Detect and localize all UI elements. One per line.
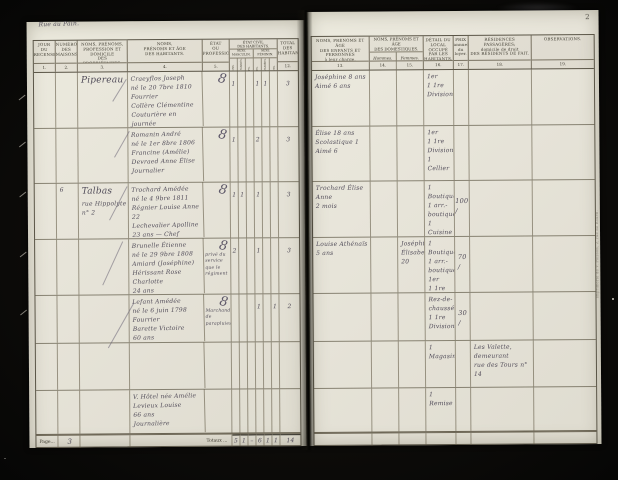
page-value: 3 [61, 436, 72, 448]
cell-numero [56, 73, 78, 128]
cell-veufs [248, 389, 256, 432]
cell-detail-local: 1er 1 1re Division [424, 70, 454, 125]
table-row: V. Hôtel née Amélie Levieux Louise 66 an… [36, 389, 300, 435]
paraph-flourish: 8 [217, 128, 228, 142]
cell-detail-local: 1 Remise [426, 388, 456, 431]
cell-profession: 8 Marchand de parapluies [204, 295, 231, 342]
cell-profession: 8 privé du service que le régiment [204, 239, 231, 294]
header-sexe-masculin: SEXE MASCULIN. [230, 50, 254, 57]
header-profession: ÉTAT OU PROFESSION. 5. [203, 40, 230, 71]
header-numero-maisons: NUMÉRO DES MAISONS. 2. [56, 41, 78, 72]
cell-domestiques-femmes [399, 341, 426, 387]
header-sexe-feminin: SEXE FÉMININ. [254, 50, 277, 57]
cell-rang [34, 73, 56, 128]
cell-enfants: Élise 18 ans Scolastique 1 Aimé 6 [312, 127, 370, 181]
cell-rang [35, 184, 57, 239]
header-femmes-mariees: FEMMES MARIÉES. [262, 58, 270, 71]
table-row: Joséphine 8 ans Aimé 6 ans 1er 1 1re Div… [312, 69, 594, 127]
header-label: OBSERVATIONS. [532, 35, 594, 59]
table-row: Rez-de-chaussée 1 1re Division 30 ∕ [313, 292, 595, 342]
totals-row-right [314, 431, 596, 446]
header-label: NOMS, PRÉNOMS ET ÂGE DES HABITANTS. [128, 40, 202, 63]
cell-profession [205, 343, 232, 389]
cell-domestiques-femmes [398, 293, 425, 340]
header-habitants: NOMS, PRÉNOMS ET ÂGE DES HABITANTS. 4. [128, 40, 203, 72]
cell-prix: 100 ∕ [455, 181, 470, 236]
header-label: NUMÉRO DES MAISONS. [56, 41, 77, 63]
column-number: 3. [78, 62, 127, 71]
cell-domestiques-hommes [372, 388, 399, 431]
column-number: 2. [56, 63, 77, 72]
cell-detail-local: 1 Boutique 1 arr.-boutique 1 Cuisine 1er… [425, 181, 455, 236]
header-veuves: VEUVES. [270, 58, 278, 71]
total-veufs: – [248, 434, 256, 446]
header-proprietaires: NOMS, PRÉNOMS, PROFESSION ET DOMICILE DE… [78, 40, 128, 71]
header-prix-loyer: PRIX annuel du loyer. 17. [454, 36, 469, 69]
cell-proprietaire [78, 128, 128, 182]
table-header-left: JOUR DU RECENSEMENT. 1. NUMÉRO DES MAISO… [34, 39, 298, 73]
cell-domestiques-hommes [372, 341, 399, 387]
cell-prix [456, 341, 471, 387]
cell-total: 2 [279, 294, 299, 341]
table-row [36, 342, 300, 391]
census-table-right: NOMS, PRÉNOMS ET ÂGE DES ENFANTS ET PERS… [311, 34, 598, 446]
cell-total: 3 [279, 182, 299, 237]
cell-observations [534, 340, 596, 386]
header-total-habitants: TOTAL DES HABITANTS. 12. [278, 39, 298, 70]
cell-numero [58, 344, 80, 390]
cell-proprietaire [79, 295, 129, 342]
cell-proprietaire [80, 390, 130, 433]
census-register-scan: { "page": { "street_name": "Rue au Pain.… [0, 0, 618, 480]
header-hommes-maries: HOMMES MARIÉS. [238, 58, 246, 71]
cell-profession: 8 [203, 128, 230, 182]
total-garcons: 5 [232, 435, 240, 447]
cell-habitants [129, 342, 205, 390]
cell-detail-local: Rez-de-chaussée 1 1re Division [425, 293, 455, 340]
cell-residences [470, 180, 533, 235]
cell-domestiques-hommes [371, 237, 398, 292]
table-body-left: Pipereau Craeyflos Joseph né le 20 7bre … [34, 71, 301, 435]
header-detail-local: DÉTAIL DU LOCAL OCCUPÉ PAR LES HABITANTS… [424, 36, 454, 69]
column-number: 14. [370, 62, 397, 70]
cell-prix [454, 70, 469, 125]
column-number: 13. [312, 61, 369, 70]
table-header-right: NOMS, PRÉNOMS ET ÂGE DES ENFANTS ET PERS… [312, 35, 594, 71]
header-domestiques-femmes: Femmes. [397, 53, 423, 61]
table-body-right: Joséphine 8 ans Aimé 6 ans 1er 1 1re Div… [312, 69, 597, 433]
column-number: 19. [532, 59, 594, 68]
cell-residences: Les Valette, demeurant rue des Tours n° … [471, 340, 534, 386]
check-mark [19, 192, 26, 198]
header-label: RÉSIDENCES PASSAGÈRES; domicile de droit… [469, 35, 531, 59]
cell-residences [469, 125, 532, 179]
header-jour-recensement: JOUR DU RECENSEMENT. 1. [34, 41, 56, 72]
header-label: NOMS, PRÉNOMS ET ÂGE DES DOMESTIQUES. [370, 36, 423, 53]
table-row: Élise 18 ans Scolastique 1 Aimé 6 1er 1 … [312, 125, 594, 182]
cell-habitants: Brunelle Étienne né le 29 9bre 1808 Amia… [129, 238, 205, 295]
header-observations: OBSERVATIONS. 19. [532, 35, 594, 68]
cell-domestiques-femmes [397, 126, 424, 180]
cell-observations [533, 180, 595, 235]
column-number: 17. [454, 60, 468, 69]
cell-enfants: Trochard Élise Anne 2 mois [313, 182, 371, 237]
cell-domestiques-femmes [397, 70, 424, 125]
cell-domestiques-femmes [399, 388, 426, 431]
cell-rang [36, 391, 58, 434]
cell-observations [532, 125, 594, 179]
cell-profession: 8 [203, 72, 230, 127]
cell-rang [35, 240, 57, 295]
cell-numero [58, 391, 80, 434]
street-name: Rue au Pain. [38, 19, 79, 29]
paraph-flourish: 8 [218, 295, 229, 309]
page-label: Page... [39, 439, 54, 444]
page-gutter [296, 10, 315, 450]
header-garcons: GARÇONS. [230, 58, 238, 70]
table-row: Lefant Amédée né le 6 juin 1798 Fourrier… [35, 294, 299, 344]
header-etat-civil-group: ÉTAT CIVIL DES HABITANTS. SEXE MASCULIN.… [230, 39, 278, 70]
total-general: 14 [280, 434, 300, 446]
cell-proprietaire: Pipereau [78, 72, 128, 127]
table-row: Trochard Élise Anne 2 mois 1 Boutique 1 … [313, 180, 595, 238]
cell-observations [533, 236, 595, 291]
column-number: 15. [397, 62, 423, 70]
total-hommes-maries: 1 [240, 434, 248, 446]
cell-habitants: V. Hôtel née Amélie Levieux Louise 66 an… [130, 389, 206, 434]
cell-habitants: Lefant Amédée né le 6 juin 1798 Fourrier… [129, 294, 205, 343]
check-mark [20, 252, 27, 258]
cell-domestiques-hommes [370, 126, 397, 180]
cell-numero: 6 [57, 184, 79, 239]
cell-total: 3 [278, 71, 298, 126]
census-table-left: JOUR DU RECENSEMENT. 1. NUMÉRO DES MAISO… [33, 38, 302, 448]
column-number: 12. [278, 61, 298, 70]
check-mark [19, 142, 26, 148]
cell-enfants [314, 342, 372, 388]
cell-numero [57, 296, 79, 343]
header-label: PRIX annuel du loyer. [454, 36, 468, 60]
cell-prix: 70 ∕ [455, 237, 470, 292]
cell-prix [454, 126, 469, 180]
scan-speck [612, 298, 614, 300]
paraph-flourish: 8 [217, 183, 228, 197]
table-row: Pipereau Craeyflos Joseph né le 20 7bre … [34, 71, 298, 129]
cell-numero [56, 129, 78, 183]
cell-residences [471, 387, 534, 430]
cell-prix: 30 ∕ [455, 293, 470, 340]
cell-profession: 8 [204, 183, 231, 238]
header-enfants: NOMS, PRÉNOMS ET ÂGE DES ENFANTS ET PERS… [312, 37, 370, 70]
column-number: 16. [424, 60, 453, 69]
cell-detail-local: 1 Boutique 1 arr.-boutique 1er 1 1re Div… [425, 237, 455, 292]
totals-row-left: Page... 3 Totaux ... 5 1 – 6 1 1 14 [36, 433, 300, 448]
column-number: 1. [34, 63, 55, 72]
cell-profession [205, 390, 232, 433]
cell-proprietaire [79, 239, 129, 294]
cell-total: 3 [279, 238, 299, 293]
total-veuves: 1 [272, 434, 280, 446]
check-mark [19, 95, 26, 101]
header-label: DÉTAIL DU LOCAL OCCUPÉ PAR LES HABITANTS… [424, 36, 453, 60]
paraph-flourish: 8 [216, 72, 227, 86]
header-label: JOUR DU RECENSEMENT. [34, 41, 55, 63]
header-label: NOMS, PRÉNOMS ET ÂGE DES ENFANTS ET PERS… [312, 37, 369, 61]
cell-total [280, 342, 300, 388]
cell-habitants: Craeyflos Joseph né le 20 7bre 1810 Four… [127, 71, 203, 128]
cell-detail-local: 1er 1 1re Division 1 Cellier [424, 126, 454, 180]
cell-enfants: Joséphine 8 ans Aimé 6 ans [312, 71, 370, 126]
cell-residences [470, 236, 533, 291]
cell-filles [256, 389, 264, 432]
cell-garcons [232, 390, 240, 433]
cell-domestiques-hommes [370, 70, 397, 125]
cell-detail-local: 1 Magasin [426, 341, 456, 387]
cell-habitants: Trochard Amédée né le 4 9bre 1811 Régnie… [128, 182, 204, 239]
header-filles: FILLES. [254, 58, 262, 71]
column-number: 5. [203, 62, 229, 71]
cell-rang [35, 296, 57, 343]
left-page: Rue au Pain. JOUR DU RECENSEMENT. 1. NUM… [27, 20, 308, 448]
cell-proprietaire [80, 343, 130, 389]
cell-domestiques-hommes [371, 181, 398, 236]
column-number: 18. [469, 59, 531, 68]
cell-hommes-maries [240, 389, 248, 432]
cell-domestiques-femmes [398, 181, 425, 236]
register-spread: Rue au Pain. JOUR DU RECENSEMENT. 1. NUM… [24, 8, 603, 452]
cell-residences [469, 69, 532, 124]
scan-speck [4, 458, 6, 459]
table-row: 1 Remise [314, 387, 596, 433]
header-domestiques-group: NOMS, PRÉNOMS ET ÂGE DES DOMESTIQUES. Ho… [370, 36, 424, 69]
page-number: 2 [585, 13, 590, 21]
column-number: 4. [128, 62, 202, 72]
header-residences: RÉSIDENCES PASSAGÈRES; domicile de droit… [469, 35, 532, 68]
header-label: NOMS, PRÉNOMS, PROFESSION ET DOMICILE DE… [78, 40, 127, 62]
header-label: TOTAL DES HABITANTS. [278, 39, 298, 61]
cell-total [280, 389, 300, 432]
paraph-flourish: 8 [217, 239, 228, 253]
cell-enfants [313, 294, 371, 341]
table-row: 6 Talbas rue Hippolyte n° 2 Trochard Amé… [35, 182, 299, 240]
cell-total: 3 [278, 127, 298, 181]
cell-domestiques-hommes [371, 293, 398, 340]
cell-numero [57, 240, 79, 295]
right-page: 2 Imprimerie de V. Poisson, 2, rue de Ro… [306, 10, 601, 446]
cell-observations [533, 292, 595, 339]
total-filles: 6 [256, 434, 264, 446]
table-row: Romanin André né le 1er 8bre 1806 Franci… [34, 127, 298, 184]
cell-enfants [314, 389, 372, 432]
table-row: Brunelle Étienne né le 29 9bre 1808 Amia… [35, 238, 299, 296]
cell-habitants: Romanin André né le 1er 8bre 1806 Franci… [128, 127, 204, 183]
cell-residences [470, 292, 533, 339]
cell-observations [532, 69, 594, 124]
cell-domestiques-femmes: Joséphine Élisabeth 20 [398, 237, 425, 292]
cell-proprietaire: Talbas rue Hippolyte n° 2 [79, 183, 129, 238]
totaux-label: Totaux ... [206, 438, 227, 443]
header-domestiques-hommes: Hommes. [370, 53, 397, 61]
check-mark [20, 310, 27, 316]
cell-observations [534, 387, 596, 430]
cell-rang [34, 129, 56, 183]
header-veufs: VEUFS. [246, 58, 254, 71]
cell-rang [36, 344, 58, 390]
total-femmes-mariees: 1 [264, 434, 272, 446]
cell-prix [456, 388, 471, 431]
table-row: Louise Athénaïs 5 ans Joséphine Élisabet… [313, 236, 595, 294]
table-row: 1 Magasin Les Valette, demeurant rue des… [314, 340, 596, 389]
header-label: ÉTAT OU PROFESSION. [203, 40, 229, 62]
cell-enfants: Louise Athénaïs 5 ans [313, 238, 371, 293]
